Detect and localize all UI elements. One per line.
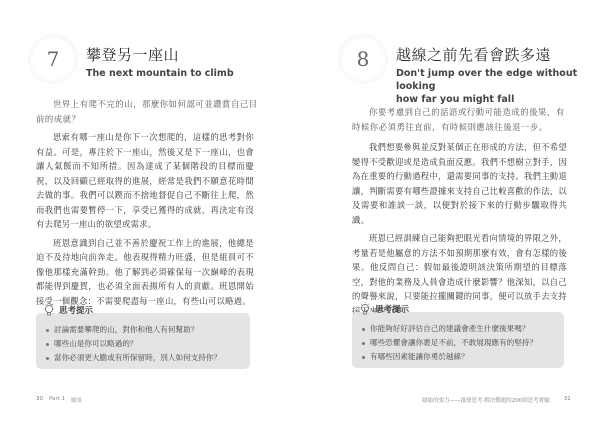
left-page: 7 攀登另一座山 The next mountain to climb 世界上有… [0, 0, 300, 425]
tip-item: 你能夠好好評估自己的建議會產生什麼後果嗎？ [362, 322, 554, 336]
bullet-icon [362, 328, 365, 331]
tip-item: 討論需要攀爬的山，對你和他人有何幫助？ [46, 323, 240, 337]
tip-text: 討論需要攀爬的山，對你和他人有何幫助？ [54, 323, 198, 337]
tip-item: 有哪些因素能讓你勇於越線？ [362, 350, 554, 364]
right-page: 8 越線之前先看會跌多遠 Don't jump over the edge wi… [300, 0, 600, 425]
chapter-titles: 越線之前先看會跌多遠 Don't jump over the edge with… [396, 34, 600, 106]
tip-text: 哪些恐懼會讓你裹足不前，不敢展現應有的堅持？ [370, 336, 537, 350]
thinking-tips-box: 思考提示 討論需要攀爬的山，對你和他人有何幫助？ 哪些山是你可以略過的？ 當你必… [36, 313, 250, 369]
tips-list: 你能夠好好評估自己的建議會產生什麼後果嗎？ 哪些恐懼會讓你裹足不前，不敢展現應有… [362, 322, 554, 364]
left-footer: 30 Part 1 願景 [36, 396, 82, 404]
chapter-title-zh: 越線之前先看會跌多遠 [396, 46, 600, 64]
right-footer: 隱喻的張力——啟發思考‧解決難題的200則思考實驗 31 [422, 396, 571, 404]
page-number: 30 [36, 396, 43, 404]
tips-list: 討論需要攀爬的山，對你和他人有何幫助？ 哪些山是你可以略過的？ 當你必須更大膽或… [46, 323, 240, 365]
bullet-icon [362, 356, 365, 359]
chapter-heading-8: 8 越線之前先看會跌多遠 Don't jump over the edge wi… [338, 34, 600, 106]
tip-text: 哪些山是你可以略過的？ [54, 337, 138, 351]
footer-part: Part 1 [49, 396, 65, 404]
chapter-title-en-line1: Don't jump over the edge without looking [396, 67, 600, 93]
bullet-icon [362, 342, 365, 345]
thinking-tips-box: 思考提示 你能夠好好評估自己的建議會產生什麼後果嗎？ 哪些恐懼會讓你裹足不前，不… [352, 312, 564, 368]
tip-item: 哪些山是你可以略過的？ [46, 337, 240, 351]
body-paragraph: 班恩意識到自己並不善於慶祝工作上的進展，他總是迫不及待地向前奔走。他表現得精力旺… [36, 236, 254, 309]
book-spread: 7 攀登另一座山 The next mountain to climb 世界上有… [0, 0, 600, 425]
tips-header: 思考提示 [358, 301, 409, 317]
chapter-number-badge: 7 [28, 34, 78, 84]
bullet-icon [46, 329, 49, 332]
tips-title: 思考提示 [59, 304, 93, 316]
chapter-number-badge: 8 [338, 34, 388, 84]
page-number: 31 [564, 396, 571, 404]
tips-header: 思考提示 [42, 302, 93, 318]
chapter-intro: 世界上有爬不完的山，那麼你如何認可並讚賞自己目前的成就？ [36, 97, 264, 127]
tip-text: 有哪些因素能讓你勇於越線？ [370, 350, 469, 364]
bullet-icon [46, 357, 49, 360]
bullet-icon [46, 343, 49, 346]
tip-text: 當你必須更大膽或有所保留時，別人如何支持你？ [54, 351, 221, 365]
body-paragraph: 我們想要參與並反對某個正在形成的方法，但不希望變得不受歡迎或是造成負面反應。我們… [352, 140, 567, 227]
lightbulb-icon [358, 301, 372, 317]
lightbulb-icon [42, 302, 56, 318]
footer-book-title: 隱喻的張力——啟發思考‧解決難題的200則思考實驗 [422, 396, 550, 404]
tip-item: 哪些恐懼會讓你裹足不前，不敢展現應有的堅持？ [362, 336, 554, 350]
chapter-title-zh: 攀登另一座山 [86, 46, 234, 64]
chapter-body: 我們想要參與並反對某個正在形成的方法，但不希望變得不受歡迎或是造成負面反應。我們… [352, 140, 567, 318]
chapter-title-en: The next mountain to climb [86, 67, 234, 80]
tip-text: 你能夠好好評估自己的建議會產生什麼後果嗎？ [370, 322, 529, 336]
tips-title: 思考提示 [375, 303, 409, 315]
footer-section: 願景 [71, 396, 82, 404]
chapter-heading-7: 7 攀登另一座山 The next mountain to climb [28, 34, 234, 84]
body-paragraph: 思索有哪一座山是你下一次想爬的，這樣的思考對你有益。可是，專注於下一座山，然後又… [36, 130, 254, 232]
chapter-titles: 攀登另一座山 The next mountain to climb [86, 34, 234, 80]
chapter-intro: 你要考慮到自己的話語或行動可能造成的後果，有時候你必須勇往直前，有時候則應該往後… [352, 105, 570, 135]
chapter-body: 思索有哪一座山是你下一次想爬的，這樣的思考對你有益。可是，專注於下一座山，然後又… [36, 130, 254, 308]
tip-item: 當你必須更大膽或有所保留時，別人如何支持你？ [46, 351, 240, 365]
